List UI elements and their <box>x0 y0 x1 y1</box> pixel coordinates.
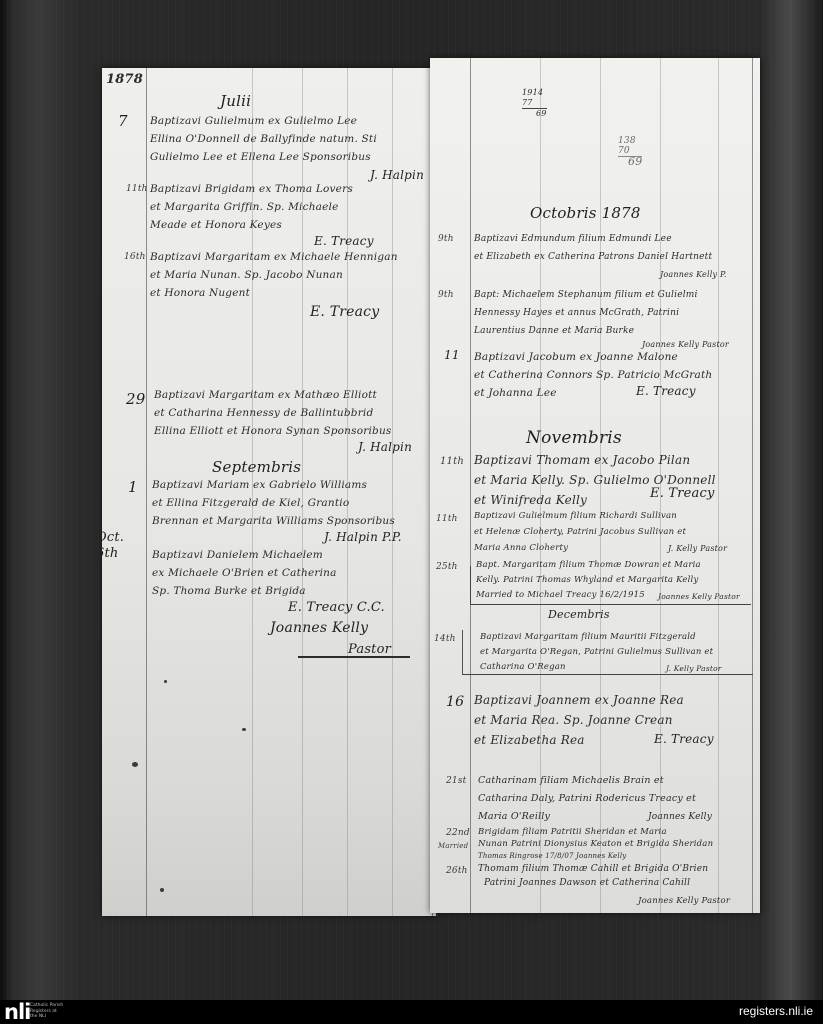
entry-signature: J. Halpin <box>358 440 412 454</box>
signature-underline <box>298 656 410 658</box>
entry-date: 11th <box>126 184 148 194</box>
ink-blot <box>242 728 246 731</box>
entry-date: 1 <box>128 478 138 496</box>
entry-date: 11 <box>444 348 460 362</box>
site-url[interactable]: registers.nli.ie <box>739 1004 813 1018</box>
entry-signature: J. Kelly Pastor <box>666 660 722 678</box>
entry-text: Baptizavi Joannem ex Joanne Rea et Maria… <box>474 690 684 750</box>
entry-text: Baptizavi Margaritam ex Michaele Henniga… <box>150 248 398 302</box>
month-heading: Novembris <box>526 428 622 448</box>
entry-date: 9th <box>438 290 454 300</box>
entry-text: Baptizavi Gulielmum ex Gulielmo Lee Elli… <box>150 112 377 166</box>
entry-signature: Joannes Kelly <box>648 808 712 826</box>
month-heading: Julii <box>220 92 251 110</box>
entry-date: 9th <box>438 234 454 244</box>
viewer-footer: nli Catholic Parish Registers at the NLI… <box>0 1000 823 1024</box>
entry-text: Baptizavi Edmundum filium Edmundi Lee et… <box>474 230 712 266</box>
pastor-signature: Joannes Kelly <box>270 620 368 636</box>
entry-signature: Joannes Kelly Pastor <box>638 892 730 910</box>
entry-text: Baptizavi Brigidam ex Thoma Lovers et Ma… <box>150 180 353 234</box>
entry-date: 26th <box>446 866 468 876</box>
entry-text: Thomam filium Thomæ Cahill et Brigida O'… <box>478 862 708 890</box>
entry-date: 11th <box>440 456 464 467</box>
margin-note: Married <box>438 842 468 850</box>
entry-signature: E. Treacy <box>654 732 714 746</box>
entry-text: Bapt: Michaelem Stephanum filium et Guli… <box>474 286 698 340</box>
entry-date: Oct. 6th <box>102 530 136 562</box>
corner-year: 1878 <box>106 72 143 87</box>
entry-signature: E. Treacy <box>314 234 374 248</box>
ink-blot <box>160 888 164 892</box>
entry-date: 16th <box>124 252 146 262</box>
entry-text: Baptizavi Thomam ex Jacobo Pilan et Mari… <box>474 450 716 510</box>
entry-date: 21st <box>446 776 467 786</box>
entry-text: Brigidam filiam Patritii Sheridan et Mar… <box>478 826 713 862</box>
entry-signature: E. Treacy <box>636 384 696 398</box>
entry-signature: E. Treacy <box>650 486 715 501</box>
nli-caption: Catholic Parish Registers at the NLI <box>30 1003 70 1020</box>
entry-text: Baptizavi Gulielmum filium Richardi Sull… <box>474 508 686 556</box>
entry-signature: Joannes Kelly P. <box>660 266 727 284</box>
entry-text: Baptizavi Danielem Michaelem ex Michaele… <box>152 546 337 600</box>
entry-signature: J. Halpin <box>370 168 424 182</box>
entry-signature: J. Halpin P.P. <box>324 530 402 544</box>
ink-blot <box>164 680 167 683</box>
month-heading: Septembris <box>212 458 301 476</box>
entry-date: 16 <box>446 694 464 710</box>
left-register-page: 1878 Julii 7 Baptizavi Gulielmum ex Guli… <box>102 68 438 916</box>
pencil-note: 1914 77 69 <box>522 88 547 119</box>
entry-text: Baptizavi Margaritam ex Mathæo Elliott e… <box>154 386 392 440</box>
entry-text: Baptizavi Mariam ex Gabrielo Williams et… <box>152 476 395 530</box>
entry-date: 14th <box>434 634 456 644</box>
month-heading: Decembris <box>548 608 610 621</box>
entry-date: 22nd <box>446 828 470 838</box>
entry-signature: Joannes Kelly Pastor <box>658 588 740 606</box>
nli-logo: nli <box>4 1002 30 1022</box>
month-heading: Octobris 1878 <box>530 204 641 222</box>
ink-blot <box>132 762 138 767</box>
entry-signature: E. Treacy <box>310 304 379 320</box>
entry-signature: J. Kelly Pastor <box>668 540 727 558</box>
pastor-title: Pastor <box>348 642 391 657</box>
entry-date: 7 <box>118 112 128 130</box>
entry-signature: E. Treacy C.C. <box>288 600 385 615</box>
pencil-note: 138 70 69 <box>618 136 642 167</box>
right-register-page: 1914 77 69 138 70 69 Octobris 1878 9th B… <box>430 58 760 913</box>
entry-date: 25th <box>436 562 458 572</box>
entry-date: 11th <box>436 514 458 524</box>
entry-date: 29 <box>126 390 146 408</box>
